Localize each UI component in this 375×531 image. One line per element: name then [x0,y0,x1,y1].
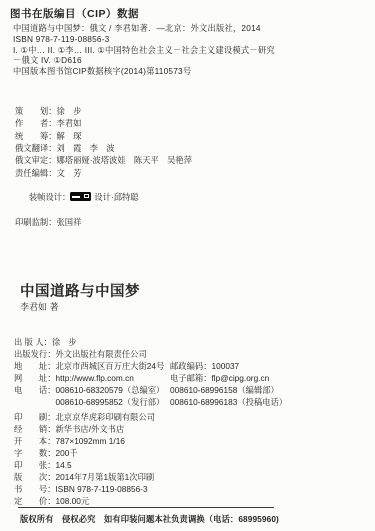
credit-value: 刘 霞 李 波 [57,143,115,153]
credit-value: 解 琛 [57,131,82,141]
publication-row: 定 价：108.00元 [14,496,366,508]
publication-row: 经 销：新华书店/外文书店 [14,424,366,436]
pub-value: 14.5 [56,460,72,470]
design-logo-badge-icon [70,192,91,201]
book-copyright-page: 图书在版编目（CIP）数据 中国道路与中国梦：俄文 / 李君如著．—北京：外文出… [0,0,375,531]
cip-line: 中国版本图书馆CIP数据核字(2014)第110573号 [13,66,275,77]
cip-line: 中国道路与中国梦：俄文 / 李君如著．—北京：外文出版社，2014 [13,23,275,34]
book-title: 中国道路与中国梦 [20,280,140,301]
pub-value: 北京市西城区百万庄大街24号 [56,361,165,371]
credit-row: 统 筹：解 琛 [15,130,192,142]
pub-label [14,397,56,407]
credit-label: 责任编辑： [15,168,57,178]
copyright-notice: 版权所有 侵权必究 如有印装问题本社负责调换（电话：68995960) [20,513,279,525]
publication-block: 出 版 人：徐 步 出版发行：外文出版社有限责任公司 地 址：北京市西城区百万庄… [14,337,366,508]
pub-value: 北京京华虎彩印刷有限公司 [56,412,156,422]
publication-row: 字 数：200千 [14,448,366,460]
credit-row: 俄文翻译：刘 霞 李 波 [15,142,192,154]
cip-line: －俄文 IV. ①D616 [13,55,275,66]
credit-label: 印刷监制： [15,217,57,227]
publication-row: 印 张：14.5 [14,460,366,472]
pub-label: 书 号： [14,484,56,494]
publication-row: 地 址：北京市西城区百万庄大街24号邮政编码：100037 [14,361,366,373]
pub-col2: 邮政编码：100037 [170,361,239,373]
pub-col2: 008610-68996158（编辑部） [170,385,279,397]
cip-line: ISBN 978-7-119-08856-3 [13,34,275,45]
publication-row: 出版发行：外文出版社有限责任公司 [14,349,366,361]
pub-label: 开 本： [14,436,56,446]
credit-label: 策 划： [15,106,57,116]
publication-row: 电 话：008610-68320579（总编室）008610-68996158（… [14,385,366,397]
credit-value: 设计·邱特聪 [94,192,138,202]
pub-value: 108.00元 [56,496,90,506]
pub-value: 787×1092mm 1/16 [56,436,125,446]
publication-row: 开 本：787×1092mm 1/16 [14,436,366,448]
pub-value: http://www.flp.com.cn [56,373,134,383]
cip-data-block: 中国道路与中国梦：俄文 / 李君如著．—北京：外文出版社，2014 ISBN 9… [13,23,275,77]
pub-label: 经 销： [14,424,56,434]
pub-value: 2014年7月第1版第1次印刷 [56,472,155,482]
publication-row: 008610-68995852（发行部）008610-68996183（投稿电话… [14,397,366,409]
credit-label: 作 者： [15,118,57,128]
pub-label: 印 刷： [14,412,56,422]
footer-divider [18,507,274,508]
credits-block: 策 划：徐 步 作 者：李君如 统 筹：解 琛 俄文翻译：刘 霞 李 波 俄文审… [15,105,192,228]
credit-row: 俄文审定：娜塔丽娅·波塔波娃 陈天平 吴艳萍 [15,154,192,166]
publication-row: 印 刷：北京京华虎彩印刷有限公司 [14,412,366,424]
pub-label: 版 次： [14,472,56,482]
cip-line: I. ①中… II. ①李… III. ①中国特色社会主义－社会主义建设模式－研… [13,45,275,56]
publication-row: 网 址：http://www.flp.com.cn电子邮箱：flp@cipg.o… [14,373,366,385]
pub-label: 电 话： [14,385,56,395]
pub-label: 出版发行： [14,349,56,359]
credit-label: 俄文审定： [15,155,57,165]
credit-row: 印刷监制：张国祥 [15,216,192,228]
pub-col2: 008610-68996183（投稿电话） [170,397,287,409]
pub-value: ISBN 978-7-119-08856-3 [56,484,148,494]
credit-value: 李君如 [57,118,82,128]
credit-row: 作 者：李君如 [15,117,192,129]
pub-col2: 电子邮箱：flp@cipg.org.cn [170,373,269,385]
publication-row: 出 版 人：徐 步 [14,337,366,349]
credit-row: 策 划：徐 步 [15,105,192,117]
pub-value: 新华书店/外文书店 [56,424,125,434]
pub-value: 008610-68320579（总编室） [56,385,165,395]
credit-label: 统 筹： [15,131,57,141]
credit-label: 俄文翻译： [15,143,57,153]
publication-row: 版 次：2014年7月第1版第1次印刷 [14,472,366,484]
pub-label: 定 价： [14,496,56,506]
credit-value: 文 芳 [57,168,82,178]
credit-row: 责任编辑：文 芳 [15,167,192,179]
book-author: 李君如 著 [20,300,59,313]
credit-value: 娜塔丽娅·波塔波娃 陈天平 吴艳萍 [57,155,193,165]
pub-value: 008610-68995852（发行部） [56,397,165,407]
pub-value: 外文出版社有限责任公司 [56,349,147,359]
pub-value: 徐 步 [52,337,77,347]
pub-label: 网 址： [14,373,56,383]
pub-label: 印 张： [14,460,56,470]
pub-value: 200千 [56,448,78,458]
credit-value: 徐 步 [57,106,82,116]
credit-value: 张国祥 [57,217,82,227]
credit-label: 装帧设计： [29,192,71,202]
cip-header: 图书在版编目（CIP）数据 [10,6,139,21]
pub-label: 地 址： [14,361,56,371]
credit-row: 装帧设计：设计·邱特聪 [15,179,192,216]
pub-label: 字 数： [14,448,56,458]
pub-label: 出 版 人： [14,337,52,347]
publication-row: 书 号：ISBN 978-7-119-08856-3 [14,484,366,496]
